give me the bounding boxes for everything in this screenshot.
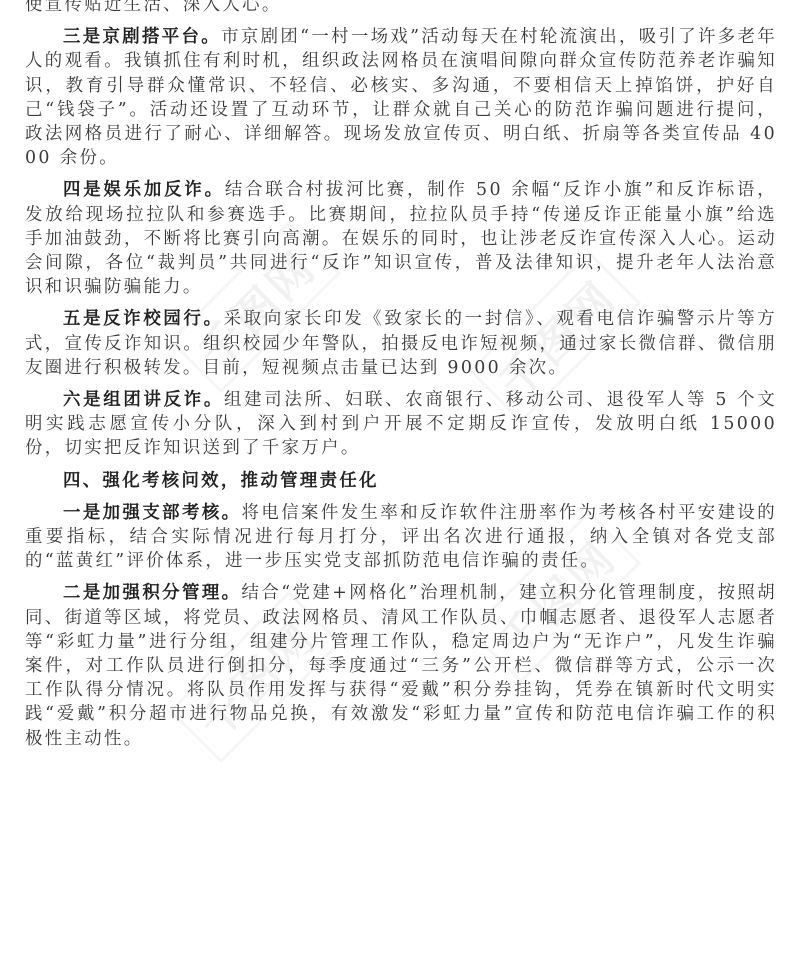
document-page: 使宣传贴近生活、深入人心。 三是京剧搭平台。市京剧团“一村一场戏”活动每天在村轮… [25,0,777,759]
paragraph-lead: 二是加强积分管理。 [63,583,242,603]
paragraph-peking-opera: 三是京剧搭平台。市京剧团“一村一场戏”活动每天在村轮流演出，吸引了许多老年人的观… [25,25,777,170]
paragraph-lead: 六是组团讲反诈。 [63,390,224,410]
paragraph-teams: 六是组团讲反诈。组建司法所、妇联、农商银行、移动公司、退役军人等 5 个文明实践… [25,388,777,461]
paragraph-continuation: 使宣传贴近生活、深入人心。 [25,0,777,17]
paragraph-lead: 三是京剧搭平台。 [63,27,221,47]
paragraph-text: 市京剧团“一村一场戏”活动每天在村轮流演出，吸引了许多老年人的观看。我镇抓住有利… [25,27,777,168]
section-heading: 四、强化考核问效，推动管理责任化 [25,469,777,493]
paragraph-lead: 一是加强支部考核。 [63,503,242,523]
paragraph-branch-assessment: 一是加强支部考核。将电信案件发生率和反诈软件注册率作为考核各村平安建设的重要指标… [25,501,777,574]
paragraph-campus: 五是反诈校园行。采取向家长印发《致家长的一封信》、观看电信诈骗警示片等方式，宣传… [25,307,777,380]
paragraph-entertainment: 四是娱乐加反诈。结合联合村拔河比赛，制作 50 余幅“反诈小旗”和反诈标语，发放… [25,178,777,299]
paragraph-text: 结合“党建+网格化”治理机制，建立积分化管理制度，按照胡同、街道等区域，将党员、… [25,583,777,748]
paragraph-lead: 五是反诈校园行。 [63,309,224,329]
paragraph-text: 使宣传贴近生活、深入人心。 [25,0,282,15]
paragraph-points-management: 二是加强积分管理。结合“党建+网格化”治理机制，建立积分化管理制度，按照胡同、街… [25,581,777,750]
paragraph-lead: 四是娱乐加反诈。 [63,180,225,200]
